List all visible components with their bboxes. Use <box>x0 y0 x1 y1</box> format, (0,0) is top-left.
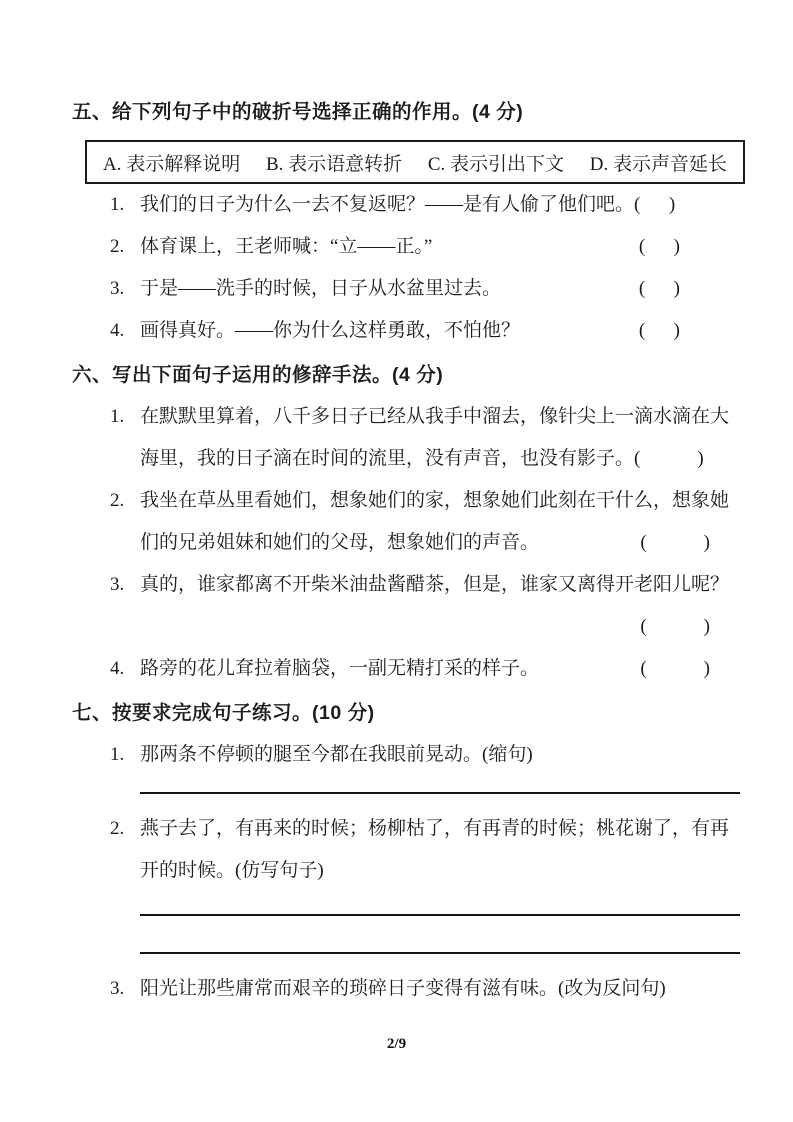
answer-blank-line <box>140 936 740 954</box>
item-text: 在默默里算着，八千多日子已经从我手中溜去，像针尖上一滴水滴在大海里，我的日子滴在… <box>140 396 744 480</box>
item-text: 那两条不停顿的腿至今都在我眼前晃动。(缩句) <box>140 734 744 776</box>
section-dash-usage: 五、给下列句子中的破折号选择正确的作用。(4 分) A. 表示解释说明 B. 表… <box>72 99 744 352</box>
item-number: 1. <box>110 184 140 226</box>
option-c: C. 表示引出下文 <box>428 149 564 176</box>
sentence: 我们的日子为什么一去不复返呢？——是有人偷了他们吧。 <box>140 194 634 215</box>
item-number: 1. <box>110 396 140 480</box>
answer-parentheses: ( ) <box>640 522 710 564</box>
option-a: A. 表示解释说明 <box>103 149 240 176</box>
worksheet-page: 五、给下列句子中的破折号选择正确的作用。(4 分) A. 表示解释说明 B. 表… <box>0 0 793 1122</box>
item-number: 2. <box>110 808 140 892</box>
item-number: 3. <box>110 564 140 606</box>
section-rhetoric: 六、写出下面句子运用的修辞手法。(4 分) 1. 在默默里算着，八千多日子已经从… <box>72 362 744 690</box>
question-item: 4. 路旁的花儿耷拉着脑袋，一副无精打采的样子。 ( ) <box>72 648 744 690</box>
item-number: 4. <box>110 648 140 690</box>
section-sentence-practice: 七、按要求完成句子练习。(10 分) 1. 那两条不停顿的腿至今都在我眼前晃动。… <box>72 700 744 1010</box>
item-number: 3. <box>110 968 140 1010</box>
item-text: 燕子去了，有再来的时候；杨柳枯了，有再青的时候；桃花谢了，有再开的时候。(仿写句… <box>140 808 744 892</box>
question-item: 3. 真的，谁家都离不开柴米油盐酱醋茶，但是，谁家又离得开老阳儿呢？ <box>72 564 744 606</box>
answer-parentheses: ( ) <box>634 194 675 215</box>
question-item: 3. 阳光让那些庸常而艰辛的琐碎日子变得有滋有味。(改为反问句) <box>72 968 744 1010</box>
option-b: B. 表示语意转折 <box>266 149 402 176</box>
answer-parentheses: ( ) <box>639 268 680 310</box>
page-number: 2/9 <box>0 1036 793 1053</box>
question-item: 4. 画得真好。——你为什么这样勇敢，不怕他？ ( ) <box>72 310 744 352</box>
answer-options-box: A. 表示解释说明 B. 表示语意转折 C. 表示引出下文 D. 表示声音延长 <box>85 140 745 184</box>
worksheet-content: 五、给下列句子中的破折号选择正确的作用。(4 分) A. 表示解释说明 B. 表… <box>72 99 744 1010</box>
question-item: 1. 在默默里算着，八千多日子已经从我手中溜去，像针尖上一滴水滴在大海里，我的日… <box>72 396 744 480</box>
item-number: 1. <box>110 734 140 776</box>
answer-parentheses: ( ) <box>639 310 680 352</box>
question-item: 1. 我们的日子为什么一去不复返呢？——是有人偷了他们吧。( ) <box>72 184 744 226</box>
item-text: 我们的日子为什么一去不复返呢？——是有人偷了他们吧。( ) <box>140 184 744 226</box>
answer-parentheses: ( ) <box>639 226 680 268</box>
question-item: 3. 于是——洗手的时候，日子从水盆里过去。 ( ) <box>72 268 744 310</box>
question-item: 2. 我坐在草丛里看她们，想象她们的家，想象她们此刻在干什么，想象她们的兄弟姐妹… <box>72 480 744 564</box>
item-number: 3. <box>110 268 140 310</box>
section-seven-heading: 七、按要求完成句子练习。(10 分) <box>72 700 744 726</box>
item-number: 2. <box>110 226 140 268</box>
item-text: 真的，谁家都离不开柴米油盐酱醋茶，但是，谁家又离得开老阳儿呢？ <box>140 564 744 606</box>
item-number: 4. <box>110 310 140 352</box>
answer-line: ( ) <box>72 606 744 648</box>
answer-parentheses: ( ) <box>634 448 704 469</box>
question-item: 1. 那两条不停顿的腿至今都在我眼前晃动。(缩句) <box>72 734 744 776</box>
answer-blank-line <box>140 898 740 916</box>
answer-parentheses: ( ) <box>640 648 710 690</box>
question-item: 2. 体育课上，王老师喊：“立——正。” ( ) <box>72 226 744 268</box>
item-number: 2. <box>110 480 140 564</box>
item-text: 阳光让那些庸常而艰辛的琐碎日子变得有滋有味。(改为反问句) <box>140 968 744 1010</box>
question-item: 2. 燕子去了，有再来的时候；杨柳枯了，有再青的时候；桃花谢了，有再开的时候。(… <box>72 808 744 892</box>
section-five-heading: 五、给下列句子中的破折号选择正确的作用。(4 分) <box>72 99 744 125</box>
option-d: D. 表示声音延长 <box>590 149 727 176</box>
answer-parentheses: ( ) <box>640 616 710 637</box>
section-six-heading: 六、写出下面句子运用的修辞手法。(4 分) <box>72 362 744 388</box>
answer-blank-line <box>140 776 740 794</box>
